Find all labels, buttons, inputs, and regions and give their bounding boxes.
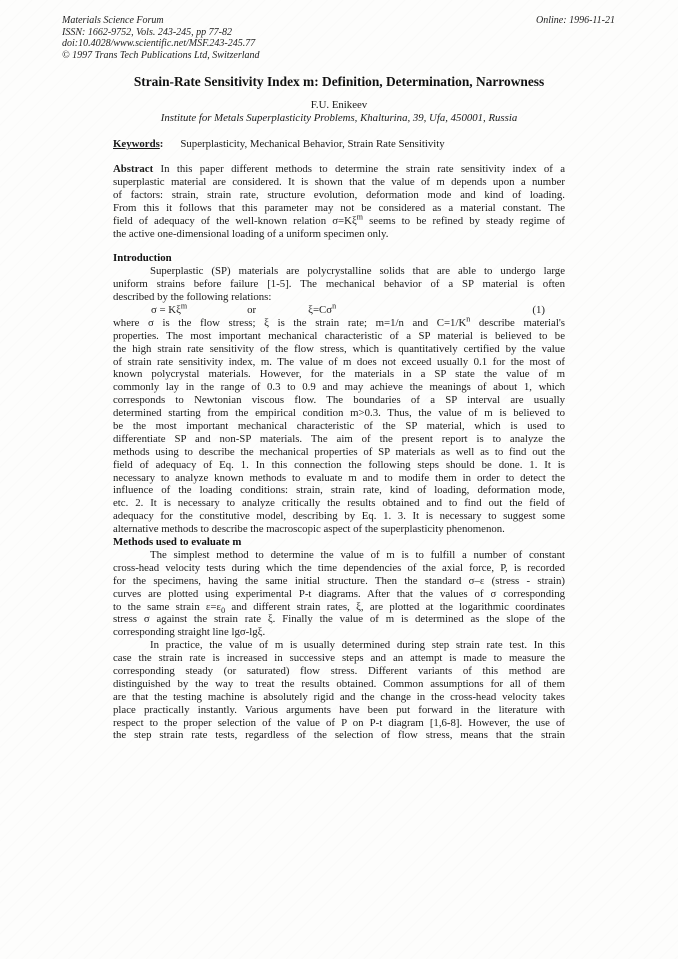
methods-paragraph-1: The simplest method to determine the val… <box>113 549 565 639</box>
text-line: for the specimens, having the same initi… <box>113 575 565 588</box>
text-line: the high strain rate sensitivity of the … <box>113 343 565 356</box>
text-line: case the strain rate is increased in suc… <box>113 652 565 665</box>
journal-header: Materials Science Forum Online: 1996-11-… <box>62 15 615 61</box>
text-line: The simplest method to determine the val… <box>113 549 565 562</box>
equation-number: (1) <box>532 304 545 317</box>
methods-paragraph-2: In practice, the value of m is usually d… <box>113 639 565 742</box>
keywords-row: Keywords:Superplasticity, Mechanical Beh… <box>113 138 565 151</box>
copyright-line: © 1997 Trans Tech Publications Ltd, Swit… <box>62 50 615 62</box>
text-line: known polycrystal materials. However, fo… <box>113 368 565 381</box>
text-line: field of adequacy of Eq. 1. In this conn… <box>113 459 565 472</box>
text-line: stress σ against the strain rate ξ. Fina… <box>113 613 565 626</box>
text-line: to the same strain ε=ε0 and different st… <box>113 601 565 614</box>
abstract-paragraph: Abstract In this paper different methods… <box>113 163 565 240</box>
section-heading-introduction: Introduction <box>113 252 565 265</box>
text-line: cross-head velocity tests during which t… <box>113 562 565 575</box>
keywords-text: Superplasticity, Mechanical Behavior, St… <box>180 138 444 150</box>
text-line: of factors: strain, strain rate, structu… <box>113 189 565 202</box>
introduction-paragraph: Superplastic (SP) materials are polycrys… <box>113 265 565 536</box>
keywords-separator: : <box>160 138 164 150</box>
issn-line: ISSN: 1662-9752, Vols. 243-245, pp 77-82 <box>62 27 615 39</box>
doi-line: doi:10.4028/www.scientific.net/MSF.243-2… <box>62 38 615 50</box>
text-line: Abstract In this paper different methods… <box>113 163 565 176</box>
paper-title: Strain-Rate Sensitivity Index m: Definit… <box>113 74 565 90</box>
text-line: properties. The most important mechanica… <box>113 330 565 343</box>
text-line: are that the testing machine is absolute… <box>113 691 565 704</box>
text-line: field of adequacy of the well-known rela… <box>113 215 565 228</box>
keywords-label: Keywords <box>113 138 160 150</box>
text-line: the step strain rate tests, regardless o… <box>113 729 565 742</box>
text-line: methods using to describe the mechanical… <box>113 446 565 459</box>
text-line: From this it follows that this parameter… <box>113 202 565 215</box>
text-line: commonly lay in the range of 0.3 to 0.9 … <box>113 381 565 394</box>
text-line: alternative methods to describe the macr… <box>113 523 565 536</box>
equation: σ = Kξmorξ=Cσn <box>113 304 336 316</box>
journal-name: Materials Science Forum <box>62 15 164 27</box>
text-line: corresponding steady (or saturated) flow… <box>113 665 565 678</box>
text-line: be the most important mechanical charact… <box>113 420 565 433</box>
text-line: influence of the loading conditions: str… <box>113 484 565 497</box>
text-line: corresponds to Newtonian viscous flow. T… <box>113 394 565 407</box>
paper-page: Materials Science Forum Online: 1996-11-… <box>0 0 678 959</box>
text-line: necessary to analyze known methods to ev… <box>113 472 565 485</box>
text-line: respect to the proper selection of the v… <box>113 717 565 730</box>
section-heading-methods: Methods used to evaluate m <box>113 536 565 549</box>
text-line: adequacy for the constitutive model, des… <box>113 510 565 523</box>
text-line: of strain rate sensitivity index, m. The… <box>113 356 565 369</box>
text-line: place practically instantly. Various arg… <box>113 704 565 717</box>
author-affiliation: Institute for Metals Superplasticity Pro… <box>113 112 565 125</box>
text-line: uniform strains before failure [1-5]. Th… <box>113 278 565 291</box>
text-line: σ = Kξmorξ=Cσn(1) <box>113 304 565 317</box>
online-date: Online: 1996-11-21 <box>536 15 615 27</box>
text-line: curves are plotted using experimental P-… <box>113 588 565 601</box>
text-line: superplastic material are considered. It… <box>113 176 565 189</box>
text-line: the active one-dimensional loading of a … <box>113 228 565 241</box>
text-line: where σ is the flow stress; ξ is the str… <box>113 317 565 330</box>
text-line: differentiate SP and non-SP materials. T… <box>113 433 565 446</box>
text-line: In practice, the value of m is usually d… <box>113 639 565 652</box>
text-line: described by the following relations: <box>113 291 565 304</box>
paper-body: Strain-Rate Sensitivity Index m: Definit… <box>113 74 565 742</box>
text-line: corresponding straight line lgσ-lgξ. <box>113 626 565 639</box>
text-line: distinguished by the way to treat the re… <box>113 678 565 691</box>
author-name: F.U. Enikeev <box>113 99 565 112</box>
text-line: Superplastic (SP) materials are polycrys… <box>113 265 565 278</box>
journal-header-row: Materials Science Forum Online: 1996-11-… <box>62 15 615 27</box>
text-line: determined starting from the empirical c… <box>113 407 565 420</box>
text-line: etc. 2. It is necessary to analyze criti… <box>113 497 565 510</box>
